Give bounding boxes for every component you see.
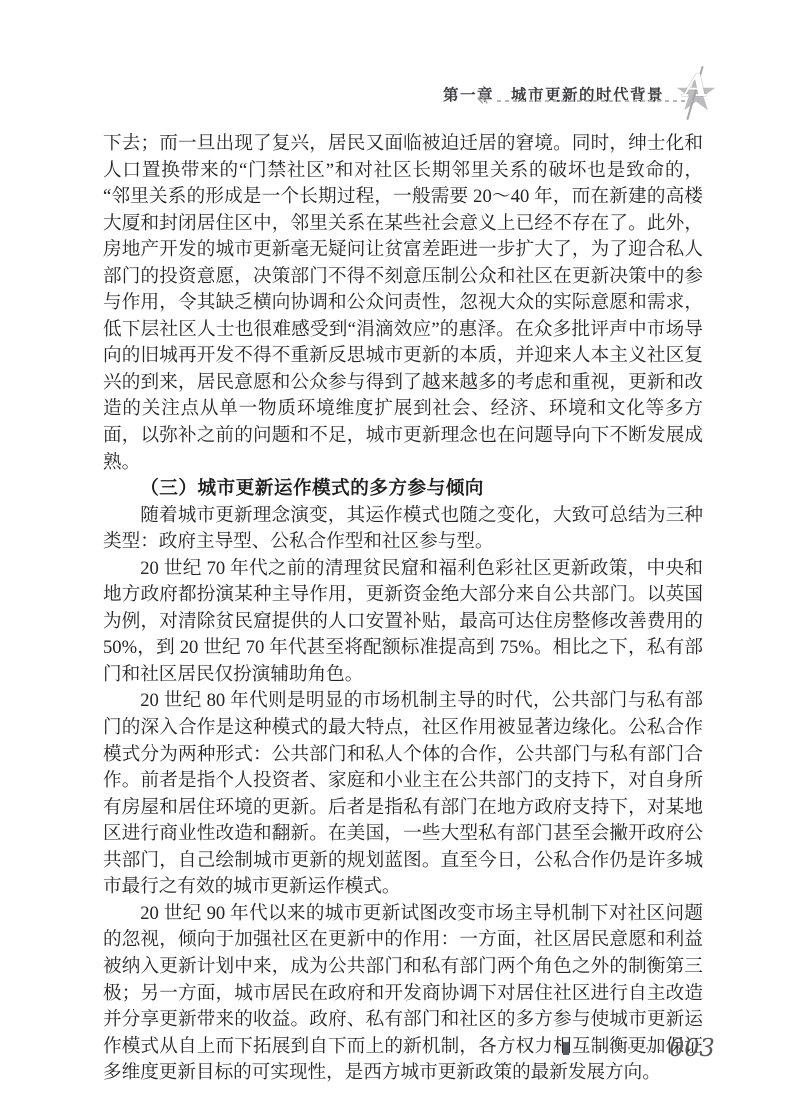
footer-bar-ornament — [563, 1042, 569, 1055]
page-body-text: 下去；而一旦出现了复兴，居民又面临被迫迁居的窘境。同时，绅士化和人口置换带来的“… — [103, 131, 703, 1087]
section-heading: （三）城市更新运作模式的多方参与倾向 — [103, 476, 703, 503]
footer-dotted-rule — [574, 1047, 660, 1049]
double-chevron-icon: « — [476, 86, 489, 111]
paragraph: 20 世纪 80 年代则是明显的市场机制主导的时代，公共部门与私有部门的深入合作… — [103, 688, 703, 900]
book-page: 第一章 城市更新的时代背景 ★ A « 下去；而一旦出现了复兴，居民又面临被迫迁… — [0, 0, 799, 1114]
header-dashed-rule — [497, 100, 700, 102]
publisher-star-logo-icon: ★ A — [673, 70, 719, 118]
page-footer: 003 — [563, 1036, 715, 1060]
paragraph: 20 世纪 70 年代之前的清理贫民窟和福利色彩社区更新政策，中央和地方政府都扮… — [103, 556, 703, 689]
page-number: 003 — [669, 1036, 715, 1060]
logo-letter: A — [684, 71, 708, 102]
paragraph-continuation: 下去；而一旦出现了复兴，居民又面临被迫迁居的窘境。同时，绅士化和人口置换带来的“… — [103, 131, 703, 476]
paragraph: 随着城市更新理念演变，其运作模式也随之变化，大致可总结为三种类型：政府主导型、公… — [103, 503, 703, 556]
